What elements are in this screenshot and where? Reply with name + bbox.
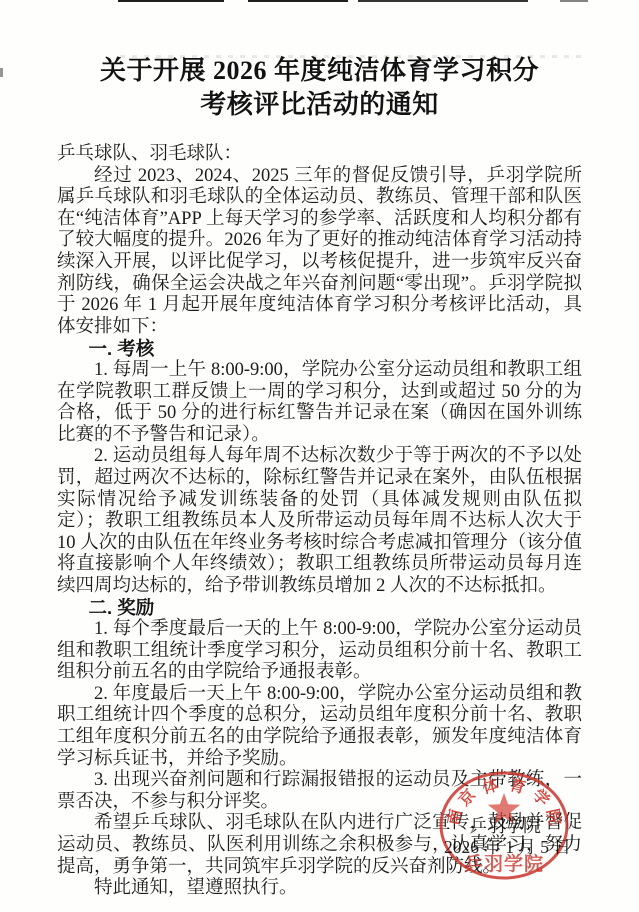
signature-date: 2026 年 1 月 5 日: [444, 838, 566, 857]
scan-artifact-line: [358, 0, 528, 2]
seal-arc-char: 育: [507, 775, 528, 798]
scan-artifact-line: [248, 0, 348, 2]
section-heading: 二. 奖励: [57, 597, 582, 619]
signature-block: 乒羽学院 2026 年 1 月 5 日: [444, 817, 566, 857]
scan-artifact-notch: [0, 68, 3, 77]
signature-org: 乒羽学院: [444, 817, 566, 836]
scan-artifact-ghost-text: [120, 55, 581, 58]
scan-artifact-line: [118, 0, 224, 2]
addressee-line: 乒乓球队、羽毛球队：: [57, 144, 582, 166]
paragraph: 2. 年度最后一天上午 8:00-9:00，学院办公室分运动员组和教职工组统计四…: [57, 684, 582, 770]
paragraph: 2. 运动员组每人每年周不达标次数少于等于两次的不予以处罚，超过两次不达标的，除…: [57, 446, 582, 597]
paragraph: 1. 每周一上午 8:00-9:00，学院办公室分运动员组和教职工组在学院教职工…: [57, 360, 582, 446]
document-title-line2: 考核评比活动的通知: [57, 88, 582, 122]
document-page: 关于开展 2026 年度纯洁体育学习积分 考核评比活动的通知 乒乓球队、羽毛球队…: [0, 0, 639, 912]
paragraph: 1. 每个季度最后一天的上午 8:00-9:00，学院办公室分运动员组和教职工组…: [57, 619, 582, 684]
document-content: 关于开展 2026 年度纯洁体育学习积分 考核评比活动的通知 乒乓球队、羽毛球队…: [0, 0, 639, 900]
paragraph: 经过 2023、2024、2025 三年的督促反馈引导，乒羽学院所属乒乓球队和羽…: [57, 166, 582, 339]
scan-artifact-line: [560, 0, 588, 2]
document-title-line1: 关于开展 2026 年度纯洁体育学习积分: [57, 54, 582, 88]
seal-arc-char: 体: [480, 775, 501, 798]
section-heading: 一. 考核: [57, 338, 582, 360]
